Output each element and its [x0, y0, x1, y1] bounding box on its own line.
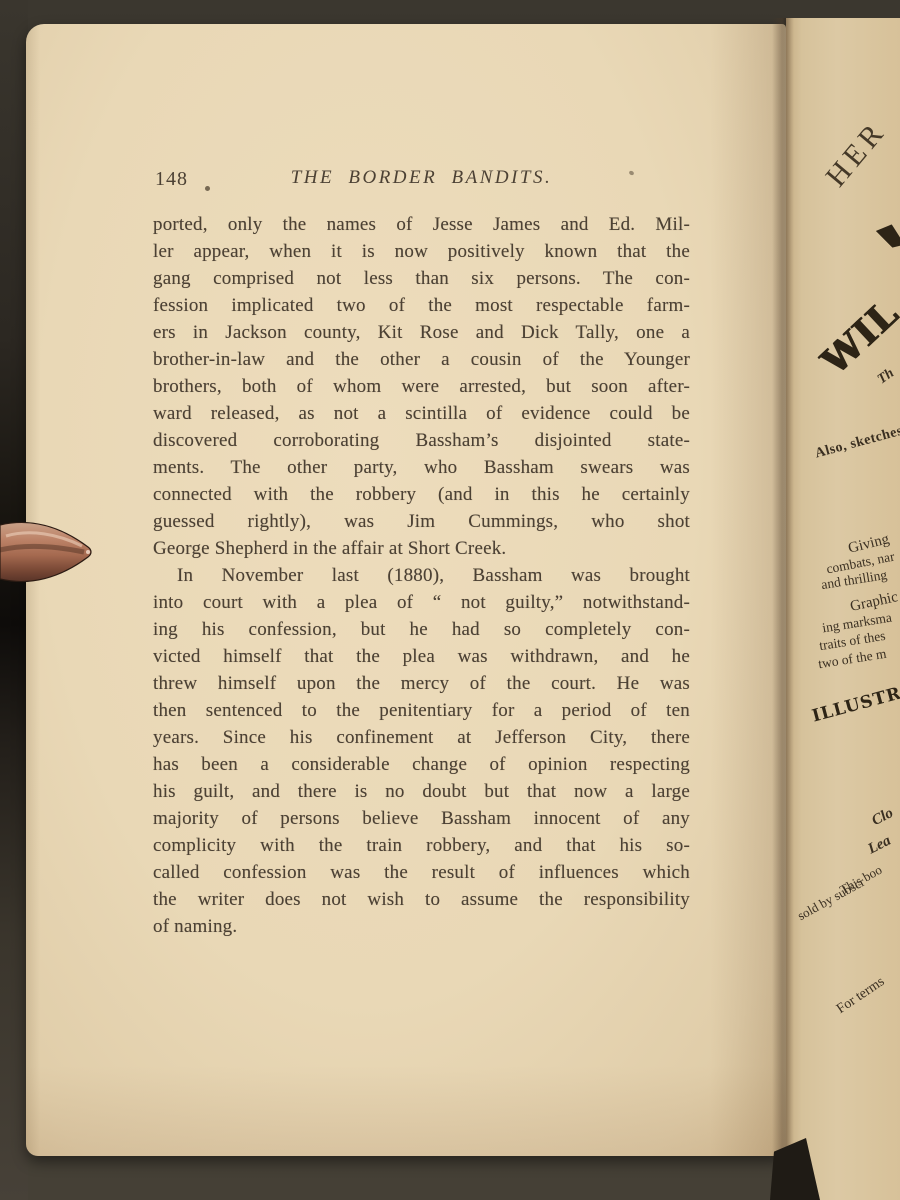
ad-fragment-illustr: ILLUSTR — [810, 683, 900, 726]
text-line: the writer does not wish to assume the r… — [153, 886, 690, 913]
text-line: In November last (1880), Bassham was bro… — [153, 562, 690, 589]
text-line: connected with the robbery (and in this … — [153, 481, 690, 508]
body-text: ported, only the names of Jesse James an… — [153, 211, 690, 940]
text-line: ing his confession, but he had so comple… — [153, 616, 690, 643]
text-line: brothers, both of whom were arrested, bu… — [153, 373, 690, 400]
ad-fragment-th: Th — [875, 366, 898, 388]
right-page-text: HERWILThAlso, sketchesGivingcombats, nar… — [786, 18, 900, 1200]
running-header: THE BORDER BANDITS. — [153, 167, 690, 189]
text-line: his guilt, and there is no doubt but tha… — [153, 778, 690, 805]
text-line: ported, only the names of Jesse James an… — [153, 211, 690, 238]
page-gutter-crease — [772, 18, 794, 1158]
text-line: called confession was the result of infl… — [153, 859, 690, 886]
text-line: has been a considerable change of opinio… — [153, 751, 690, 778]
book-photo: 148 THE BORDER BANDITS. ported, only the… — [0, 0, 900, 1200]
ad-fragment-forterms: For terms — [834, 974, 888, 1017]
text-line: years. Since his confinement at Jefferso… — [153, 724, 690, 751]
left-page: 148 THE BORDER BANDITS. ported, only the… — [26, 24, 786, 1156]
text-line: ler appear, when it is now positively kn… — [153, 238, 690, 265]
ink-speck — [205, 186, 210, 191]
ad-fragment-also: Also, sketches — [813, 424, 900, 463]
text-line: then sentenced to the penitentiary for a… — [153, 697, 690, 724]
text-line: brother-in-law and the other a cousin of… — [153, 346, 690, 373]
ad-fragment-her: HER — [819, 114, 893, 193]
text-line: George Shepherd in the affair at Short C… — [153, 535, 690, 562]
right-page-ad: HERWILThAlso, sketchesGivingcombats, nar… — [786, 18, 900, 1200]
text-line: ward released, as not a scintilla of evi… — [153, 400, 690, 427]
text-line: gang comprised not less than six persons… — [153, 265, 690, 292]
text-line: ers in Jackson county, Kit Rose and Dick… — [153, 319, 690, 346]
text-line: complicity with the train robbery, and t… — [153, 832, 690, 859]
text-line: ments. The other party, who Bassham swea… — [153, 454, 690, 481]
metal-pointer-icon — [0, 516, 98, 588]
ad-fragment-clo: Clo — [869, 805, 896, 830]
ad-fragment-lea: Lea — [865, 833, 894, 859]
text-line: guessed rightly), was Jim Cummings, who … — [153, 508, 690, 535]
text-line: into court with a plea of “ not guilty,”… — [153, 589, 690, 616]
text-line: fession implicated two of the most respe… — [153, 292, 690, 319]
ad-fragment-soldby: sold by subscr — [795, 874, 868, 924]
text-line: discovered corroborating Bassham’s disjo… — [153, 427, 690, 454]
text-line: of naming. — [153, 913, 690, 940]
text-line: threw himself upon the mercy of the cour… — [153, 670, 690, 697]
text-line: victed himself that the plea was withdra… — [153, 643, 690, 670]
text-line: majority of persons believe Bassham inno… — [153, 805, 690, 832]
book-edge-shadow — [0, 0, 28, 1200]
